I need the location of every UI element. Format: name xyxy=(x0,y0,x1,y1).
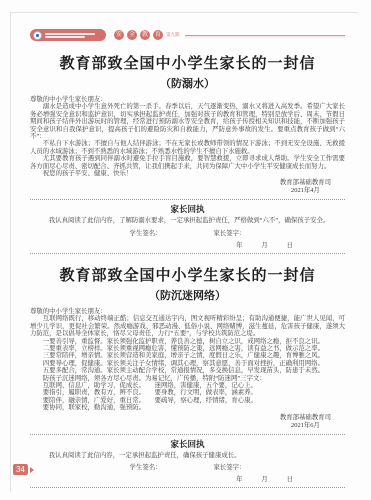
letter-subtitle: （防溺水） xyxy=(30,75,345,91)
paragraph: 防孩子沉迷网络，须各方尽心尽责。为易记忆，广传播，特附“防迷网”三字文： xyxy=(30,375,345,382)
letter-internet: 教育部致全国中小学生家长的一封信 （防沉迷网络） 尊敬的中小学生家长朋友： 互联… xyxy=(30,264,345,488)
signature-block: 教育部基础教育司 2021年4月 xyxy=(30,179,331,195)
receipt-body: 我认真阅读了此信内容，一定承担起监护责任，确保孩子健康成长。 xyxy=(36,452,339,459)
parent-signature-label: 家长签字： xyxy=(214,462,246,471)
letter-title: 教育部致全国中小学生家长的一封信 xyxy=(30,264,345,285)
masthead: 安 全 教 育 第九期 xyxy=(30,28,345,42)
header-rule xyxy=(185,35,346,36)
signature-block: 教育部基础教育司 2021年6月 xyxy=(30,414,331,430)
paragraph: 祝您的孩子平安、健康、快乐！ xyxy=(30,170,345,177)
student-signature-label: 学生签名： xyxy=(130,462,162,471)
paragraph: 四要导心理，促健康。家长须关注子女情绪，调其心理，察其意愿，善于面对挫折，正确利… xyxy=(30,360,345,367)
parent-receipt: 家长回执 我认真阅读了此信内容，了解防溺水要求，一定承担起监护责任，严格做到“六… xyxy=(30,199,345,253)
letter-subtitle: （防沉迷网络） xyxy=(30,287,345,303)
parent-signature-label: 家长签字： xyxy=(214,228,246,237)
sanzi-line: 要协同，联家校，勤沟通，强预防。 xyxy=(30,404,345,411)
receipt-title: 家长回执 xyxy=(30,438,345,450)
school-logo-icon xyxy=(33,31,42,40)
paragraph: 不私自下水游泳；不擅自与他人结伴游泳；不在无家长或教师带领的情况下游泳；不到无安… xyxy=(30,140,345,155)
badge-circle: 育 xyxy=(153,30,163,40)
paragraph: 溺水是造成中小学生意外死亡的第一杀手。春季以后，天气逐渐变热，溺水又将进入高发季… xyxy=(30,103,345,140)
paragraph: 互联网络既行，移动终端正酷；信息交互通达宇内，图文视听精彩纷呈；有助沟通便捷，能… xyxy=(30,315,345,337)
page-number: 34 xyxy=(13,464,34,475)
signature-date: 2021年4月 xyxy=(280,187,331,195)
school-name-text xyxy=(45,33,95,38)
paragraph: 尤其要教育孩子遇到同伴溺水时避免手拉手盲目施救，要智慧救援，立即寻求成人帮助。学… xyxy=(30,155,345,170)
receipt-sign-row: 学生签名： 家长签字： xyxy=(30,228,345,237)
issue-number: 第九期 xyxy=(166,32,180,38)
issue-badges: 安 全 教 育 xyxy=(114,30,163,40)
signer-name: 教育部基础教育司 xyxy=(280,414,331,422)
sanzi-line: 要指引，履职责，教有方，辨不良。 要身教，行文明，做表率，涵素养。 xyxy=(30,389,345,396)
receipt-sign-row: 学生签名： 家长签字： xyxy=(30,462,345,471)
receipt-title: 家长回执 xyxy=(30,203,345,215)
scan-edge-top xyxy=(10,12,358,13)
badge-circle: 教 xyxy=(140,30,150,40)
paragraph: 五要多配合，常沟通。家长须主动配合学校，常通报情况，多交换信息，早发现苗头，防患… xyxy=(30,367,345,374)
scan-edge-left xyxy=(10,12,11,492)
receipt-date-line: 年 月 日 xyxy=(30,240,295,249)
signature-date: 2021年6月 xyxy=(280,422,331,430)
page-number-arrow-icon xyxy=(30,467,34,473)
page-content: 安 全 教 育 第九期 教育部致全国中小学生家长的一封信 （防溺水） 尊敬的中小… xyxy=(30,28,345,490)
letter-body: 尊敬的中小学生家长朋友： 互联网络既行，移动终端正酷；信息交互通达宇内，图文视听… xyxy=(30,308,345,412)
paragraph: 一要善引导，重监督。家长须强化监护职责，养良善之德，树自立之识，戒网络之瘾，拒不… xyxy=(30,338,345,345)
school-banner xyxy=(30,29,106,41)
badge-circle: 安 xyxy=(114,30,124,40)
letter-body: 尊敬的中小学生家长朋友： 溺水是造成中小学生意外死亡的第一杀手。春季以后，天气逐… xyxy=(30,96,345,177)
receipt-date-line: 年 月 日 xyxy=(30,474,295,483)
parent-receipt: 家长回执 我认真阅读了此信内容，一定承担起监护责任，确保孩子健康成长。 学生签名… xyxy=(30,434,345,488)
letter-title: 教育部致全国中小学生家长的一封信 xyxy=(30,52,345,73)
student-signature-label: 学生签名： xyxy=(130,228,162,237)
page-number-badge: 34 xyxy=(13,464,28,475)
badge-circle: 全 xyxy=(127,30,137,40)
letter-drowning: 教育部致全国中小学生家长的一封信 （防溺水） 尊敬的中小学生家长朋友： 溺水是造… xyxy=(30,52,345,254)
paragraph: 三要常陪伴，增亲情。家长须营造和美家庭，增亲子之情，度假日之乐，广健康之趣，育博… xyxy=(30,352,345,359)
receipt-body: 我认真阅读了此信内容，了解防溺水要求，一定承担起监护责任，严格做到“六不”，确保… xyxy=(36,217,339,224)
